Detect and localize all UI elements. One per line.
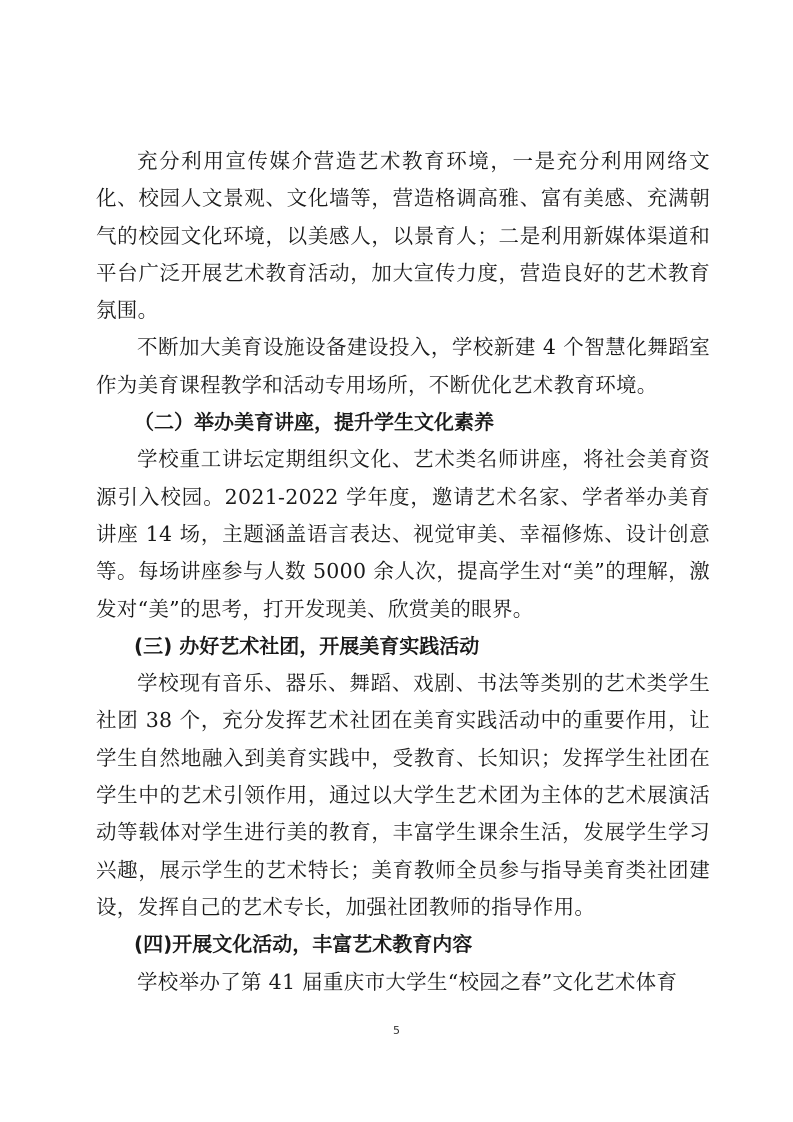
section-heading-2: （二）举办美育讲座，提升学生文化素养 — [96, 404, 710, 441]
document-page: 充分利用宣传媒介营造艺术教育环境，一是充分利用网络文化、校园人文景观、文化墙等，… — [96, 143, 710, 1001]
section-heading-3: (三) 办好艺术社团，开展美育实践活动 — [96, 628, 710, 665]
paragraph-cultural-activities: 学校举办了第 41 届重庆市大学生“校园之春”文化艺术体育 — [96, 964, 710, 1001]
page-number: 5 — [0, 1024, 793, 1037]
paragraph-media-environment: 充分利用宣传媒介营造艺术教育环境，一是充分利用网络文化、校园人文景观、文化墙等，… — [96, 143, 710, 329]
section-heading-4: (四)开展文化活动，丰富艺术教育内容 — [96, 926, 710, 963]
paragraph-lectures: 学校重工讲坛定期组织文化、艺术类名师讲座，将社会美育资源引入校园。2021-20… — [96, 441, 710, 627]
paragraph-facilities-investment: 不断加大美育设施设备建设投入，学校新建 4 个智慧化舞蹈室作为美育课程教学和活动… — [96, 329, 710, 404]
paragraph-art-clubs: 学校现有音乐、器乐、舞蹈、戏剧、书法等类别的艺术类学生社团 38 个，充分发挥艺… — [96, 665, 710, 926]
